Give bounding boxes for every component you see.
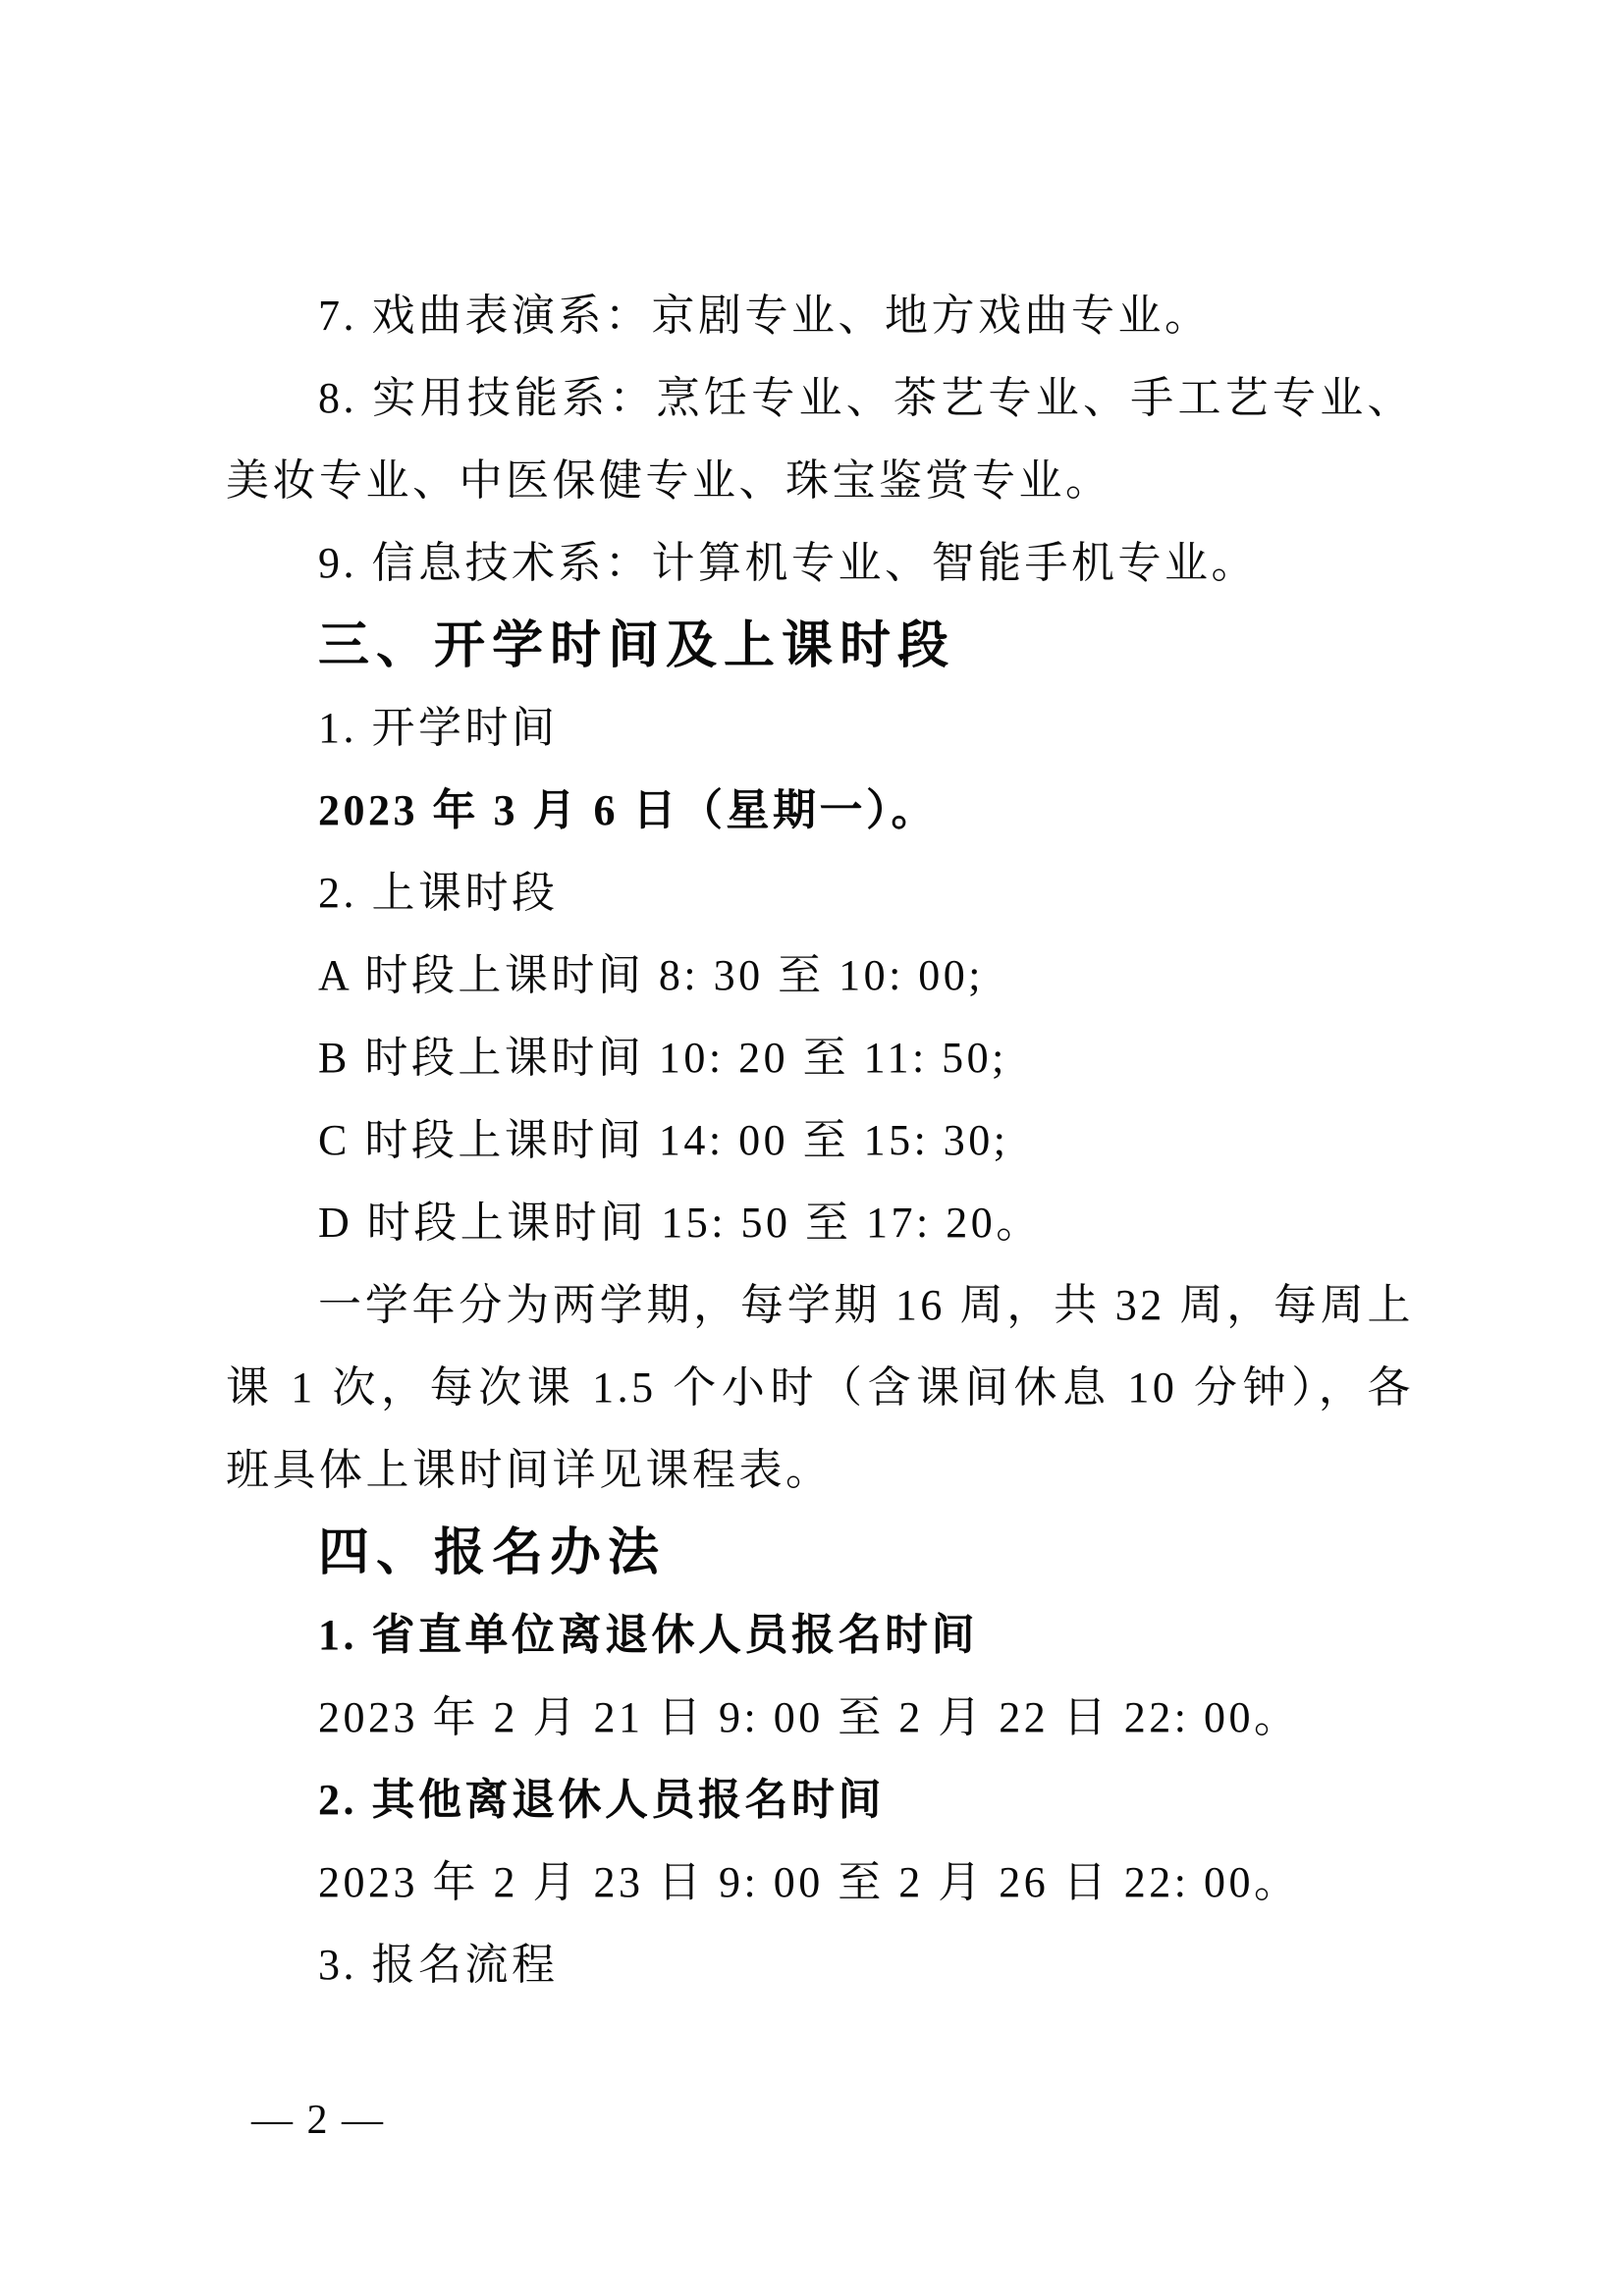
doc-line: C 时段上课时间 14: 00 至 15: 30; [226, 1099, 1414, 1182]
doc-line: 一学年分为两学期，每学期 16 周，共 32 周，每周上 [226, 1264, 1414, 1347]
doc-line: 美妆专业、中医保健专业、珠宝鉴赏专业。 [226, 440, 1414, 522]
document-text-block: 7. 戏曲表演系：京剧专业、地方戏曲专业。 8. 实用技能系：烹饪专业、茶艺专业… [226, 275, 1414, 2006]
doc-line: 2. 上课时段 [226, 852, 1414, 934]
doc-line-bold: 2023 年 3 月 6 日（星期一）。 [226, 770, 1414, 852]
doc-line: 8. 实用技能系：烹饪专业、茶艺专业、手工艺专业、 [226, 357, 1414, 440]
doc-line-bold: 1. 省直单位离退休人员报名时间 [226, 1594, 1414, 1677]
doc-line: 7. 戏曲表演系：京剧专业、地方戏曲专业。 [226, 275, 1414, 357]
page-footer: — 2 — [251, 2094, 385, 2147]
doc-line: 3. 报名流程 [226, 1924, 1414, 2006]
doc-line: 9. 信息技术系：计算机专业、智能手机专业。 [226, 522, 1414, 605]
doc-line: 2023 年 2 月 21 日 9: 00 至 2 月 22 日 22: 00。 [226, 1677, 1414, 1759]
doc-line: 1. 开学时间 [226, 687, 1414, 770]
document-page: 7. 戏曲表演系：京剧专业、地方戏曲专业。 8. 实用技能系：烹饪专业、茶艺专业… [0, 0, 1624, 2296]
page-number: — 2 — [251, 2098, 385, 2143]
section-heading: 三、开学时间及上课时段 [226, 605, 1414, 687]
doc-line: 班具体上课时间详见课程表。 [226, 1429, 1414, 1512]
doc-line: 2023 年 2 月 23 日 9: 00 至 2 月 26 日 22: 00。 [226, 1842, 1414, 1924]
section-heading: 四、报名办法 [226, 1512, 1414, 1594]
doc-line: A 时段上课时间 8: 30 至 10: 00; [226, 934, 1414, 1017]
doc-line-bold: 2. 其他离退休人员报名时间 [226, 1759, 1414, 1842]
doc-line: B 时段上课时间 10: 20 至 11: 50; [226, 1017, 1414, 1099]
doc-line: D 时段上课时间 15: 50 至 17: 20。 [226, 1182, 1414, 1264]
doc-line: 课 1 次，每次课 1.5 个小时（含课间休息 10 分钟），各 [226, 1347, 1414, 1429]
